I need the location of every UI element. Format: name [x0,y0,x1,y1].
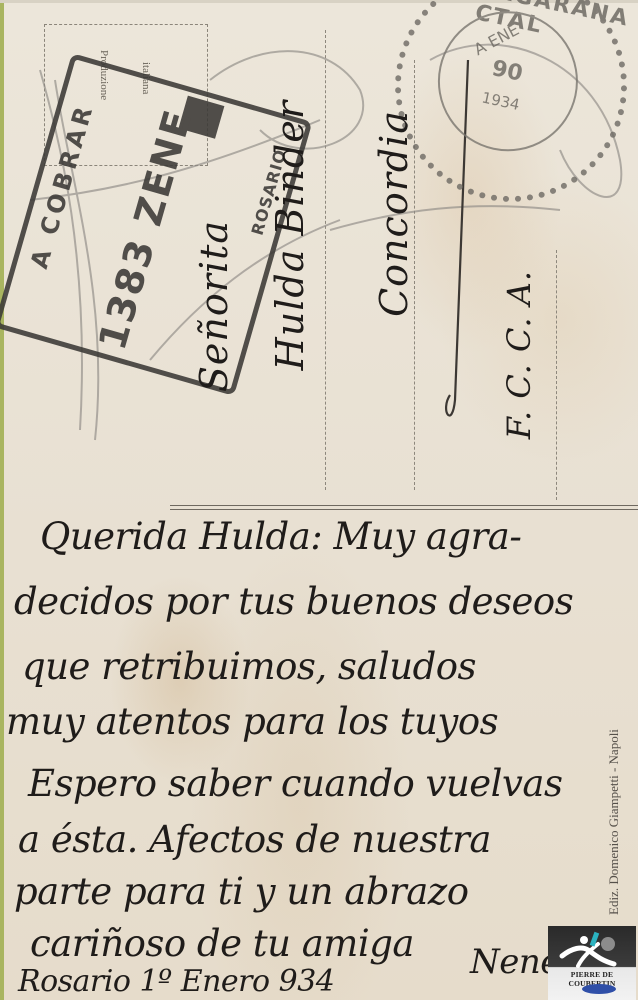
stamp-text-number: 1383 ZENE [90,104,201,355]
message-line-2: decidos por tus buenos deseos [14,580,573,623]
postcard-back: Produzione italiana A COBRAR 1383 ZENE R… [0,0,638,1000]
message-date-line: Rosario 1º Enero 934 [18,964,334,999]
message-line-5: Espero saber cuando vuelvas [28,762,562,805]
address-line-city: Concordia [372,110,416,317]
address-line-railway: F. C. C. A. [500,270,538,439]
message-line-1: Querida Hulda: Muy agra- [40,515,521,558]
address-line-name: Hulda Binder [268,100,312,370]
runner-icon [558,930,618,972]
message-line-8: cariñoso de tu amiga [30,922,414,965]
message-line-3: que retribuimos, saludos [22,645,476,688]
pierre-de-coubertin-logo[interactable]: PIERRE DE COUBERTIN [548,926,636,1000]
publisher-credit: Ediz. Domenico Giampetti - Napoli [606,625,622,915]
message-signature: Nene [470,942,560,982]
inkwell-icon [582,984,616,994]
address-line-senorita: Señorita [192,220,236,392]
message-line-4: muy atentos para los tuyos [6,700,498,743]
message-line-7: parte para ti y un abrazo [14,870,469,913]
message-line-6: a ésta. Afectos de nuestra [18,818,491,861]
